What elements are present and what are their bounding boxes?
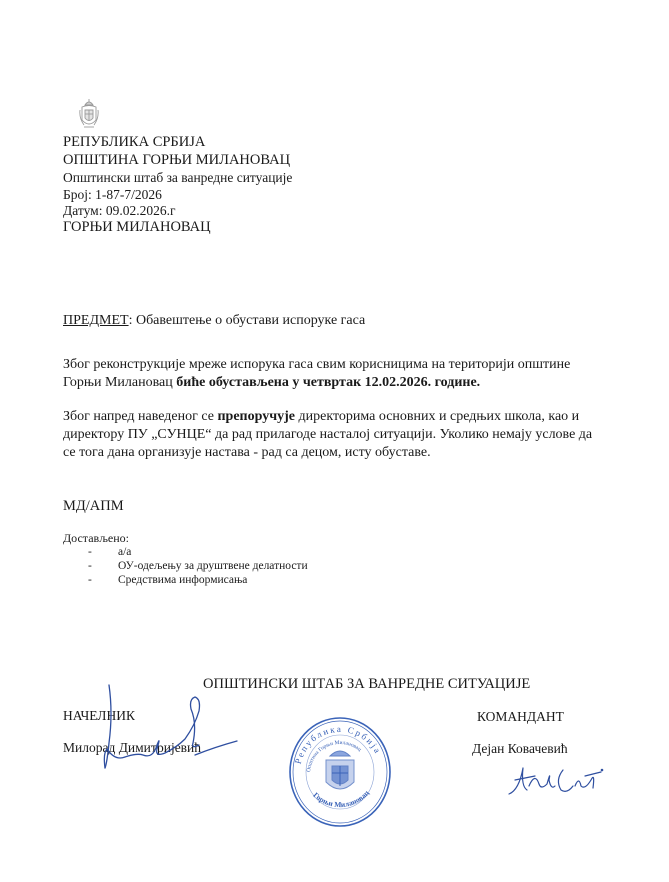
handwritten-signature-right [505, 760, 605, 800]
subject-text: Обавештење о обустави испоруке гаса [132, 313, 365, 328]
paragraph-1-line-2: Горњи Милановац биће обустављена у четвр… [63, 374, 480, 392]
svg-text:Горњи Милановац: Горњи Милановац [311, 788, 371, 809]
distribution-item-text: а/а [118, 546, 131, 558]
paragraph-2-line-3: се тога дана организује настава - рад са… [63, 444, 431, 462]
distribution-item-text: Средствима информисања [118, 574, 247, 586]
paragraph-2-line-1: Због напред наведеног се препоручује дир… [63, 408, 579, 426]
paragraph-1-line-1: Због реконструкције мреже испорука гаса … [63, 356, 570, 374]
subject-line: ПРЕДМЕТ: Обавештење о обустави испоруке … [63, 312, 365, 330]
paragraph-1-emphasis: биће обустављена у четвртак 12.02.2026. … [176, 375, 480, 390]
header-municipality: ОПШТИНА ГОРЊИ МИЛАНОВАЦ [63, 152, 290, 168]
coat-of-arms-icon [79, 98, 99, 132]
reference-code: МД/АПМ [63, 498, 124, 515]
header-document-number: Број: 1-87-7/2026 [63, 187, 162, 203]
distribution-item: -Средствима информисања [88, 574, 247, 586]
distribution-item-text: ОУ-одељењу за друштвене делатности [118, 560, 308, 572]
distribution-item: -ОУ-одељењу за друштвене делатности [88, 560, 308, 572]
paragraph-2-intro: Због напред наведеног се [63, 409, 217, 424]
paragraph-2-rest: директорима основних и средњих школа, ка… [295, 409, 579, 424]
paragraph-2-line-2: директору ПУ „СУНЦЕ“ да рад прилагоде на… [63, 426, 592, 444]
paragraph-2-emphasis: препоручује [217, 409, 295, 424]
signature-org-title: ОПШТИНСКИ ШТАБ ЗА ВАНРЕДНЕ СИТУАЦИЈЕ [203, 676, 530, 693]
subject-label: ПРЕДМЕТ [63, 313, 129, 328]
distribution-label: Достављено: [63, 531, 129, 546]
paragraph-1-location: Горњи Милановац [63, 375, 176, 390]
distribution-item: -а/а [88, 546, 131, 558]
header-department: Општински штаб за ванредне ситуације [63, 170, 292, 186]
official-stamp: Република Србија Општина Горњи Милановац… [288, 716, 392, 828]
right-signatory-role: КОМАНДАНТ [477, 709, 564, 725]
handwritten-signature-left [95, 683, 240, 788]
header-country: РЕПУБЛИКА СРБИЈА [63, 134, 205, 150]
header-date: Датум: 09.02.2026.г [63, 203, 175, 219]
right-signatory-name: Дејан Ковачевић [472, 741, 568, 757]
header-city: ГОРЊИ МИЛАНОВАЦ [63, 219, 211, 235]
